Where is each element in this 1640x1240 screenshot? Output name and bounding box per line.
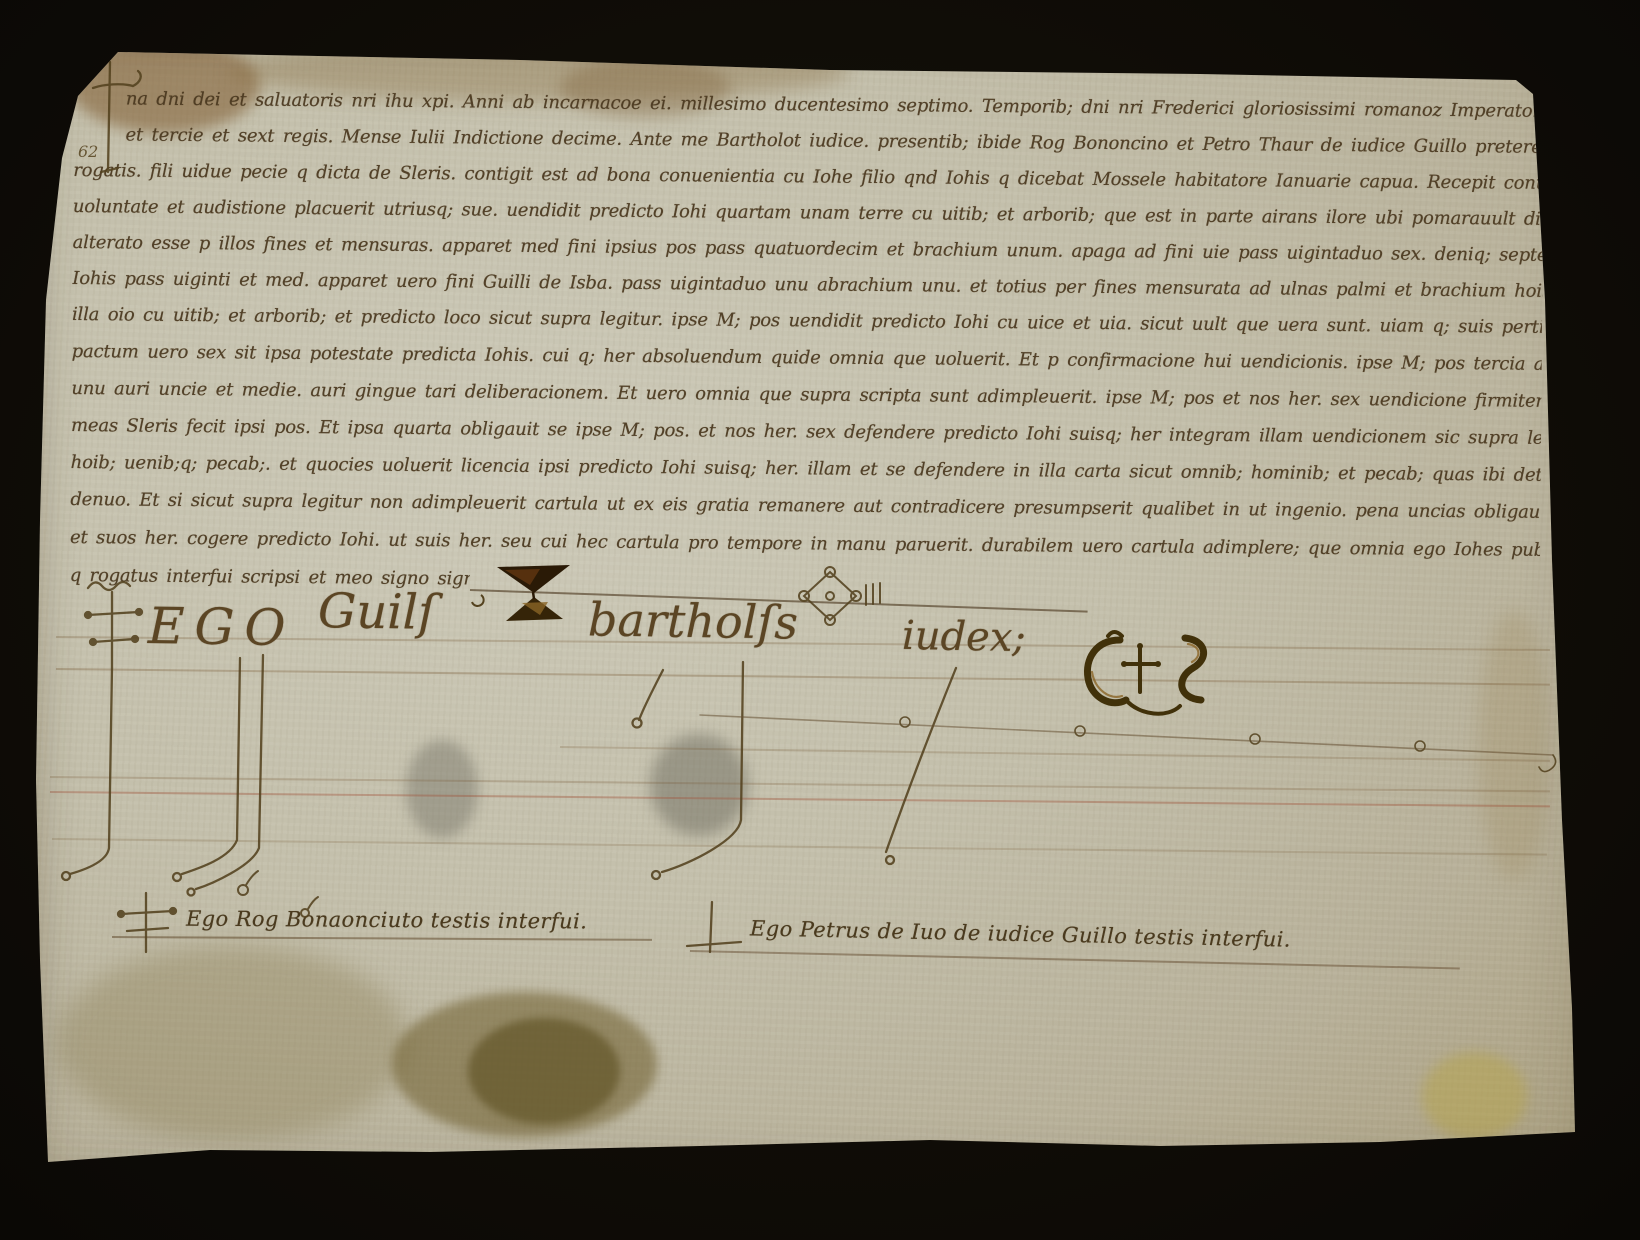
ruled-line-attestation-left [112,936,652,940]
attestation-witness-1: Ego Rog Bonaonciuto testis interfui. [186,907,587,934]
stain-bottom-left-mottle [58,945,408,1140]
manuscript-line: et suos her. cogere predicto Iohi. ut su… [70,527,1544,571]
witness-cross-right-icon [687,902,741,952]
ruled-line [50,776,1550,792]
manuscript-line: unu auri uncie et medie. auri gingue tar… [71,378,1544,421]
stain-bottom-right-yellow [1422,1052,1527,1140]
manuscript-line: denuo. Et si sicut supra legitur non adi… [70,489,1544,533]
ruled-line-attestation-right [690,950,1460,969]
loop-flourish-line [700,715,1556,772]
ruled-line [52,838,1547,855]
ruled-line [56,668,1550,685]
manuscript-line: hoib; uenib;q; pecab;. et quocies uoluer… [71,452,1544,495]
charter-text-block: na dni dei et saluatoris nri ihu xpi. An… [69,88,1543,623]
descender-strokes [62,655,956,896]
manuscript-line: meas Sleris fecit ipsi pos. Et ipsa quar… [71,415,1544,459]
manuscript-line: pactum uero sex sit ipsa potestate predi… [72,341,1544,385]
signature-word-guilf: Guilſ [318,583,437,641]
signature-word-ego: EGO [148,597,296,657]
notary-monogram-icon [1087,632,1203,714]
margin-mark: 6, [88,50,103,69]
smudge-gray-center [650,734,748,836]
signature-word-iudex: iudex; [902,613,1027,661]
stain-bottom-olive-core [468,1018,620,1124]
ruled-line-red [50,791,1550,807]
signature-word-barthol: bartholſs [588,592,799,649]
attestation-witness-2: Ego Petrus de Iuo de iudice Guillo testi… [750,916,1291,951]
smudge-gray-left [406,740,478,838]
manuscript-line: illa oio cu uitib; et arborib; et predic… [72,304,1544,348]
parchment-sheet: 6, 62 na dni dei et saluatoris nri ihu x… [0,0,1640,1240]
witness-cross-left-icon [118,893,176,952]
photo-of-parchment-charter: 6, 62 na dni dei et saluatoris nri ihu x… [0,0,1640,1240]
stain-right-edge-warm [1478,610,1550,880]
